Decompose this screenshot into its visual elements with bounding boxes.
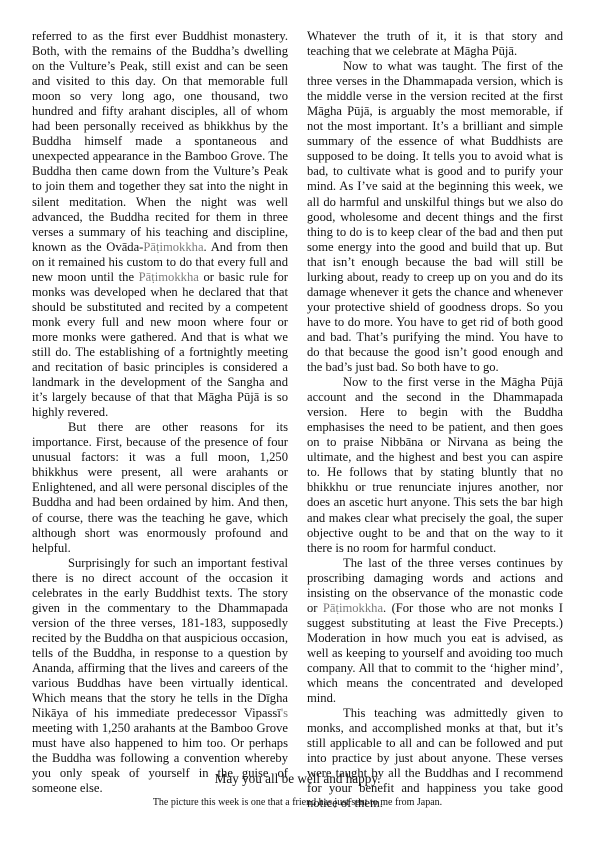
picture-caption: The picture this week is one that a frie… (0, 797, 595, 808)
closing-blessing: May you all be well and happy. (0, 771, 595, 787)
two-column-body: referred to as the first ever Buddhist m… (32, 29, 563, 811)
document-page: referred to as the first ever Buddhist m… (32, 29, 563, 811)
text-run: Surprisingly for such an important festi… (32, 556, 288, 720)
text-run: or basic rule for monks was developed wh… (32, 270, 288, 419)
pali-term: Pāṭimokkha (323, 601, 383, 615)
pali-term: 's (281, 706, 288, 720)
paragraph: Now to the first verse in the Māgha Pūjā… (307, 375, 563, 556)
paragraph: But there are other reasons for its impo… (32, 420, 288, 555)
paragraph: Now to what was taught. The first of the… (307, 59, 563, 375)
right-column: Whatever the truth of it, it is that sto… (307, 29, 563, 811)
paragraph: Whatever the truth of it, it is that sto… (307, 29, 563, 59)
paragraph: The last of the three verses continues b… (307, 556, 563, 706)
pali-term: Pāṭimokkha (139, 270, 199, 284)
pali-term: Pāṭimokkha (143, 240, 203, 254)
text-run: . (For those who are not monks I suggest… (307, 601, 563, 705)
left-column: referred to as the first ever Buddhist m… (32, 29, 288, 811)
paragraph: Surprisingly for such an important festi… (32, 556, 288, 797)
text-run: referred to as the first ever Buddhist m… (32, 29, 288, 254)
paragraph: referred to as the first ever Buddhist m… (32, 29, 288, 420)
paragraph: This teaching was admittedly given to mo… (307, 706, 563, 811)
